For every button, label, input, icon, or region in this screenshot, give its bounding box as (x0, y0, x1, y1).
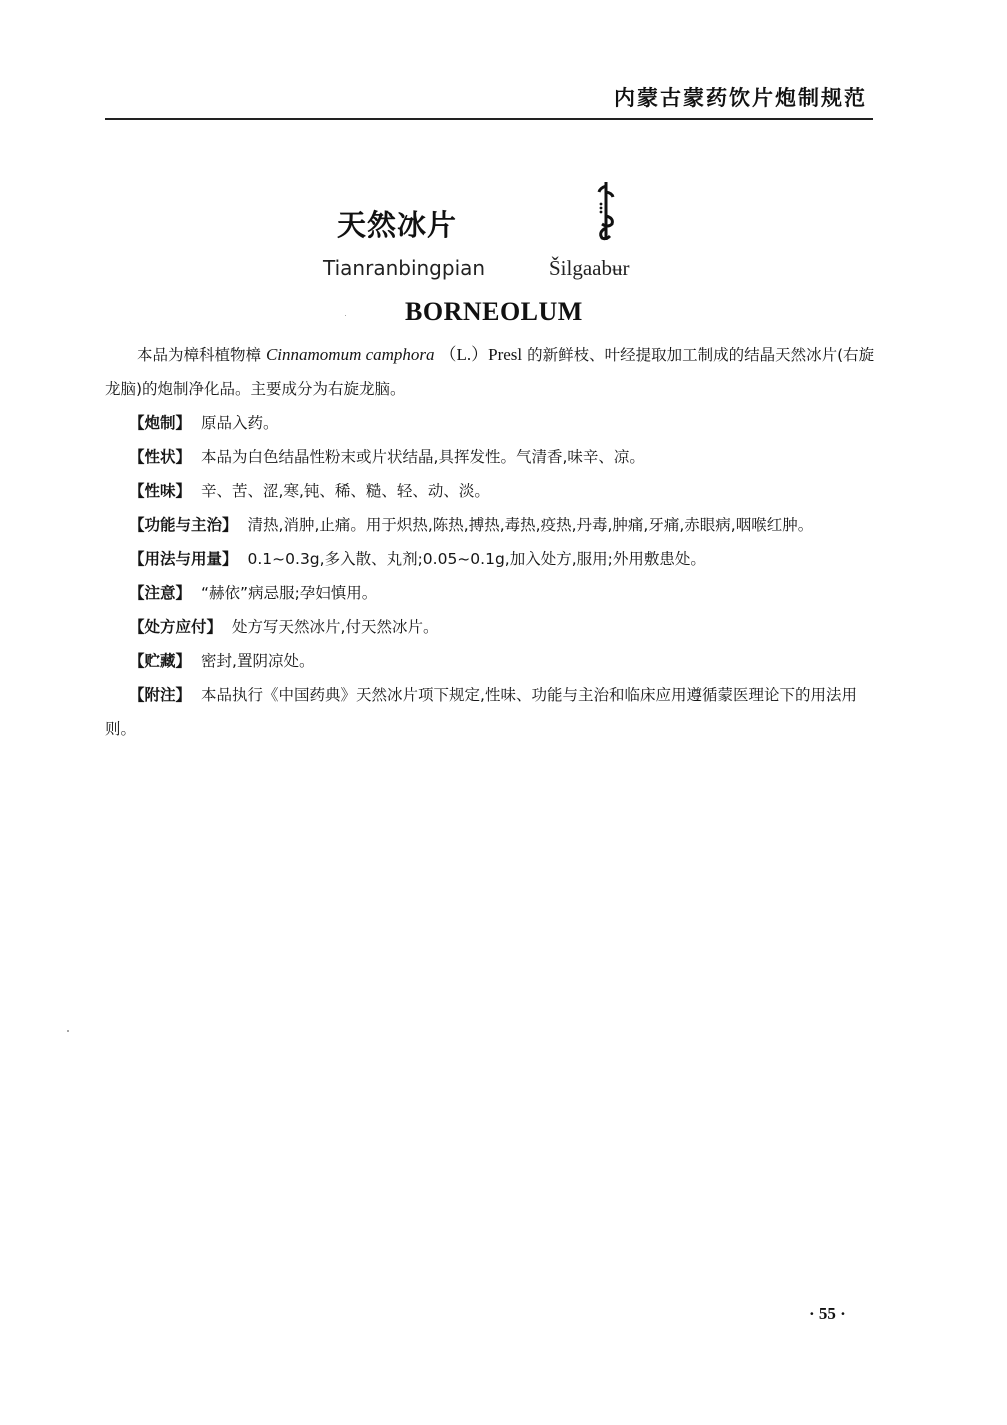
section-label: 【性味】 (129, 482, 191, 500)
section-label: 【贮藏】 (129, 652, 191, 670)
section-notes: 【附注】本品执行《中国药典》天然冰片项下规定,性味、功能与主治和临床应用遵循蒙医… (105, 678, 877, 746)
monograph-mongolian-transliteration: Šilgaabʉr (549, 256, 629, 281)
section-processing: 【炮制】原品入药。 (105, 406, 877, 440)
intro-paragraph: 本品为樟科植物樟 Cinnamomum camphora （L.）Presl 的… (105, 338, 877, 406)
scan-speck (67, 1030, 69, 1032)
section-label: 【性状】 (129, 448, 191, 466)
running-header-title: 内蒙古蒙药饮片炮制规范 (614, 82, 867, 112)
section-label: 【炮制】 (129, 414, 191, 432)
section-text: 清热,消肿,止痛。用于炽热,陈热,搏热,毒热,疫热,丹毒,肿痛,牙痛,赤眼病,咽… (248, 516, 814, 534)
section-precautions: 【注意】“赫依”病忌服;孕妇慎用。 (105, 576, 877, 610)
section-text: 辛、苦、涩,寒,钝、稀、糙、轻、动、淡。 (201, 482, 490, 500)
section-text: 原品入药。 (201, 414, 279, 432)
scan-speck (345, 315, 346, 316)
section-text: 本品为白色结晶性粉末或片状结晶,具挥发性。气清香,味辛、凉。 (201, 448, 645, 466)
section-text: 处方写天然冰片,付天然冰片。 (232, 618, 438, 636)
section-prescription: 【处方应付】处方写天然冰片,付天然冰片。 (105, 610, 877, 644)
monograph-body: 本品为樟科植物樟 Cinnamomum camphora （L.）Presl 的… (105, 338, 877, 746)
section-property-flavor: 【性味】辛、苦、涩,寒,钝、稀、糙、轻、动、淡。 (105, 474, 877, 508)
section-storage: 【贮藏】密封,置阴凉处。 (105, 644, 877, 678)
section-text: 密封,置阴凉处。 (201, 652, 314, 670)
section-label: 【功能与主治】 (129, 516, 238, 534)
monograph-latin-name: BORNEOLUM (405, 297, 583, 327)
section-text: “赫依”病忌服;孕妇慎用。 (201, 584, 377, 602)
mongolian-script-title-icon (594, 180, 618, 242)
section-text: 本品执行《中国药典》天然冰片项下规定,性味、功能与主治和临床应用遵循蒙医理论下的… (105, 686, 857, 738)
section-label: 【处方应付】 (129, 618, 222, 636)
section-usage-dosage: 【用法与用量】0.1~0.3g,多入散、丸剂;0.05~0.1g,加入处方,服用… (105, 542, 877, 576)
section-actions-indications: 【功能与主治】清热,消肿,止痛。用于炽热,陈热,搏热,毒热,疫热,丹毒,肿痛,牙… (105, 508, 877, 542)
monograph-title-chinese: 天然冰片 (337, 203, 457, 244)
section-label: 【附注】 (129, 686, 191, 704)
species-authority: （L.）Presl (439, 345, 522, 364)
section-description: 【性状】本品为白色结晶性粉末或片状结晶,具挥发性。气清香,味辛、凉。 (105, 440, 877, 474)
section-text: 0.1~0.3g,多入散、丸剂;0.05~0.1g,加入处方,服用;外用敷患处。 (248, 550, 706, 568)
monograph-pinyin: Tianranbingpian (323, 256, 485, 280)
section-label: 【用法与用量】 (129, 550, 238, 568)
section-label: 【注意】 (129, 584, 191, 602)
header-rule (105, 118, 873, 120)
page-number: · 55 · (809, 1304, 846, 1324)
intro-prefix: 本品为樟科植物樟 (137, 346, 261, 364)
species-name: Cinnamomum camphora (266, 345, 435, 364)
